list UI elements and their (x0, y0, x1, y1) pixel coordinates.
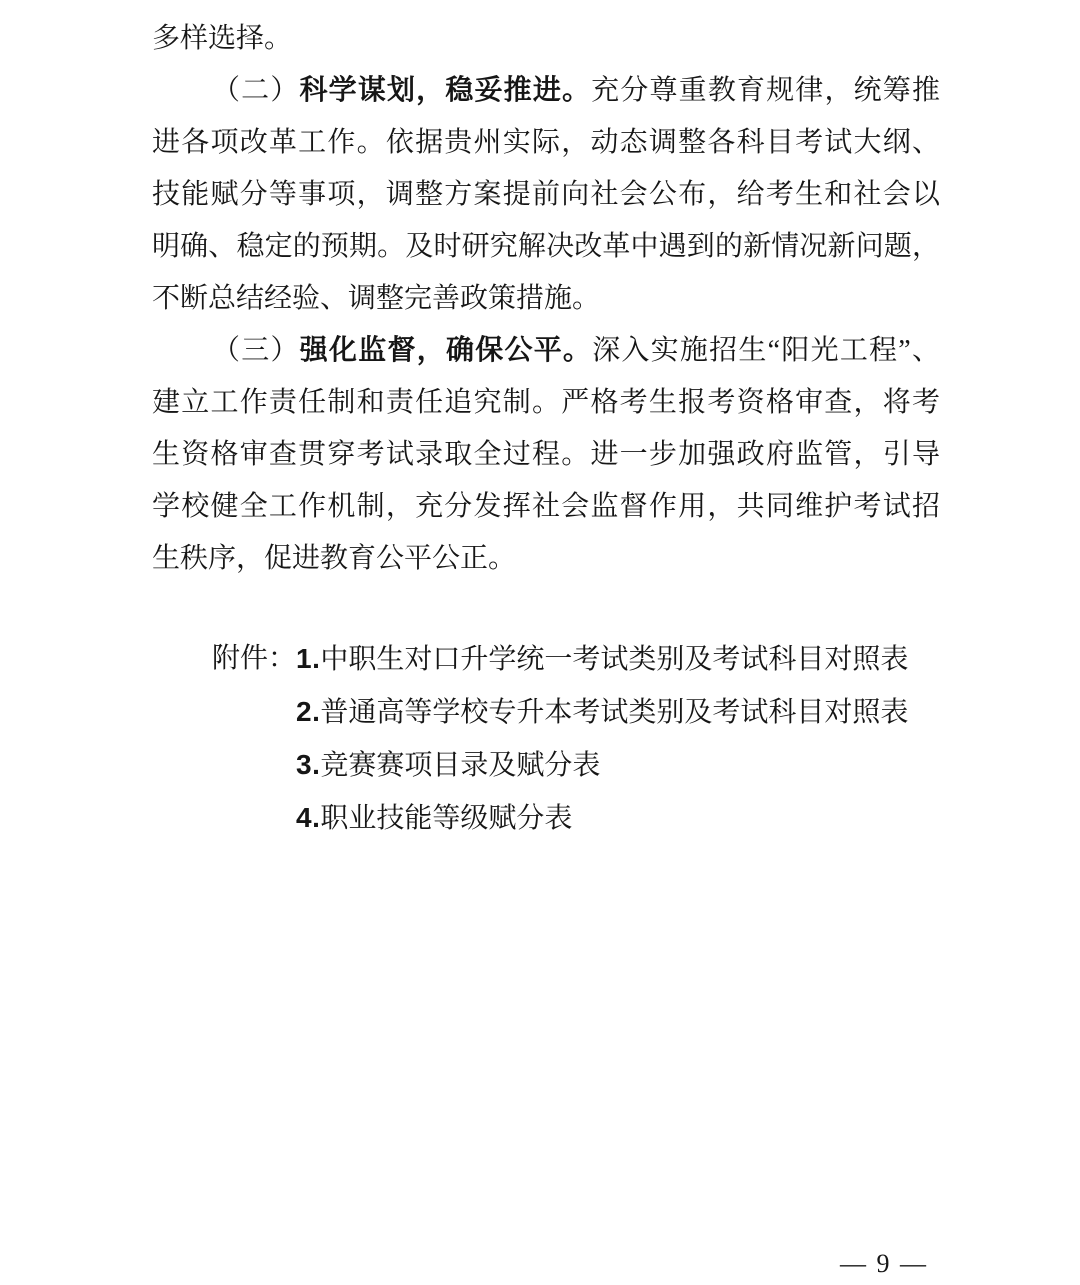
attachment-number: 3. (296, 749, 320, 780)
body-text: 充分尊重教育规律，统筹推 (591, 75, 940, 106)
section-number: （三） (212, 335, 300, 366)
body-line-section-3: （三）强化监督，确保公平。深入实施招生“阳光工程”、 (152, 325, 940, 377)
body-text: 深入实施招生“阳光工程”、 (592, 335, 940, 366)
attachment-item: 2.普通高等学校专升本考试类别及考试科目对照表 (296, 686, 908, 739)
attachment-title: 职业技能等级赋分表 (320, 803, 572, 834)
body-line: 技能赋分等事项，调整方案提前向社会公布，给考生和社会以 (152, 169, 940, 221)
page-number: — 9 — (840, 1248, 928, 1279)
section-number: （二） (212, 75, 300, 106)
body-line: 进各项改革工作。依据贵州实际，动态调整各科目考试大纲、 (152, 117, 940, 169)
section-heading: 强化监督，确保公平。 (300, 335, 592, 366)
section-heading: 科学谋划，稳妥推进。 (300, 75, 592, 106)
attachments-block: 附件： 1.中职生对口升学统一考试类别及考试科目对照表 2.普通高等学校专升本考… (212, 633, 940, 845)
attachment-number: 1. (296, 643, 320, 674)
attachment-number: 4. (296, 802, 320, 833)
body-line: 多样选择。 (152, 13, 940, 65)
body-line: 不断总结经验、调整完善政策措施。 (152, 273, 940, 325)
body-line: 学校健全工作机制，充分发挥社会监督作用，共同维护考试招 (152, 481, 940, 533)
body-line: 生资格审查贯穿考试录取全过程。进一步加强政府监管，引导 (152, 429, 940, 481)
document-page: 多样选择。 （二）科学谋划，稳妥推进。充分尊重教育规律，统筹推 进各项改革工作。… (0, 0, 1080, 1285)
attachment-item: 3.竞赛赛项目录及赋分表 (296, 739, 908, 792)
attachments-list: 1.中职生对口升学统一考试类别及考试科目对照表 2.普通高等学校专升本考试类别及… (296, 633, 908, 845)
attachment-item: 1.中职生对口升学统一考试类别及考试科目对照表 (296, 633, 908, 686)
attachment-title: 中职生对口升学统一考试类别及考试科目对照表 (320, 644, 908, 675)
attachment-item: 4.职业技能等级赋分表 (296, 792, 908, 845)
attachment-title: 竞赛赛项目录及赋分表 (320, 750, 600, 781)
document-body: 多样选择。 （二）科学谋划，稳妥推进。充分尊重教育规律，统筹推 进各项改革工作。… (0, 0, 1080, 585)
body-line-section-2: （二）科学谋划，稳妥推进。充分尊重教育规律，统筹推 (152, 65, 940, 117)
body-line: 明确、稳定的预期。及时研究解决改革中遇到的新情况新问题， (152, 221, 940, 273)
attachment-title: 普通高等学校专升本考试类别及考试科目对照表 (320, 697, 908, 728)
body-line: 建立工作责任制和责任追究制。严格考生报考资格审查，将考 (152, 377, 940, 429)
attachment-number: 2. (296, 696, 320, 727)
body-line: 生秩序，促进教育公平公正。 (152, 533, 940, 585)
attachments-label: 附件： (212, 633, 296, 685)
